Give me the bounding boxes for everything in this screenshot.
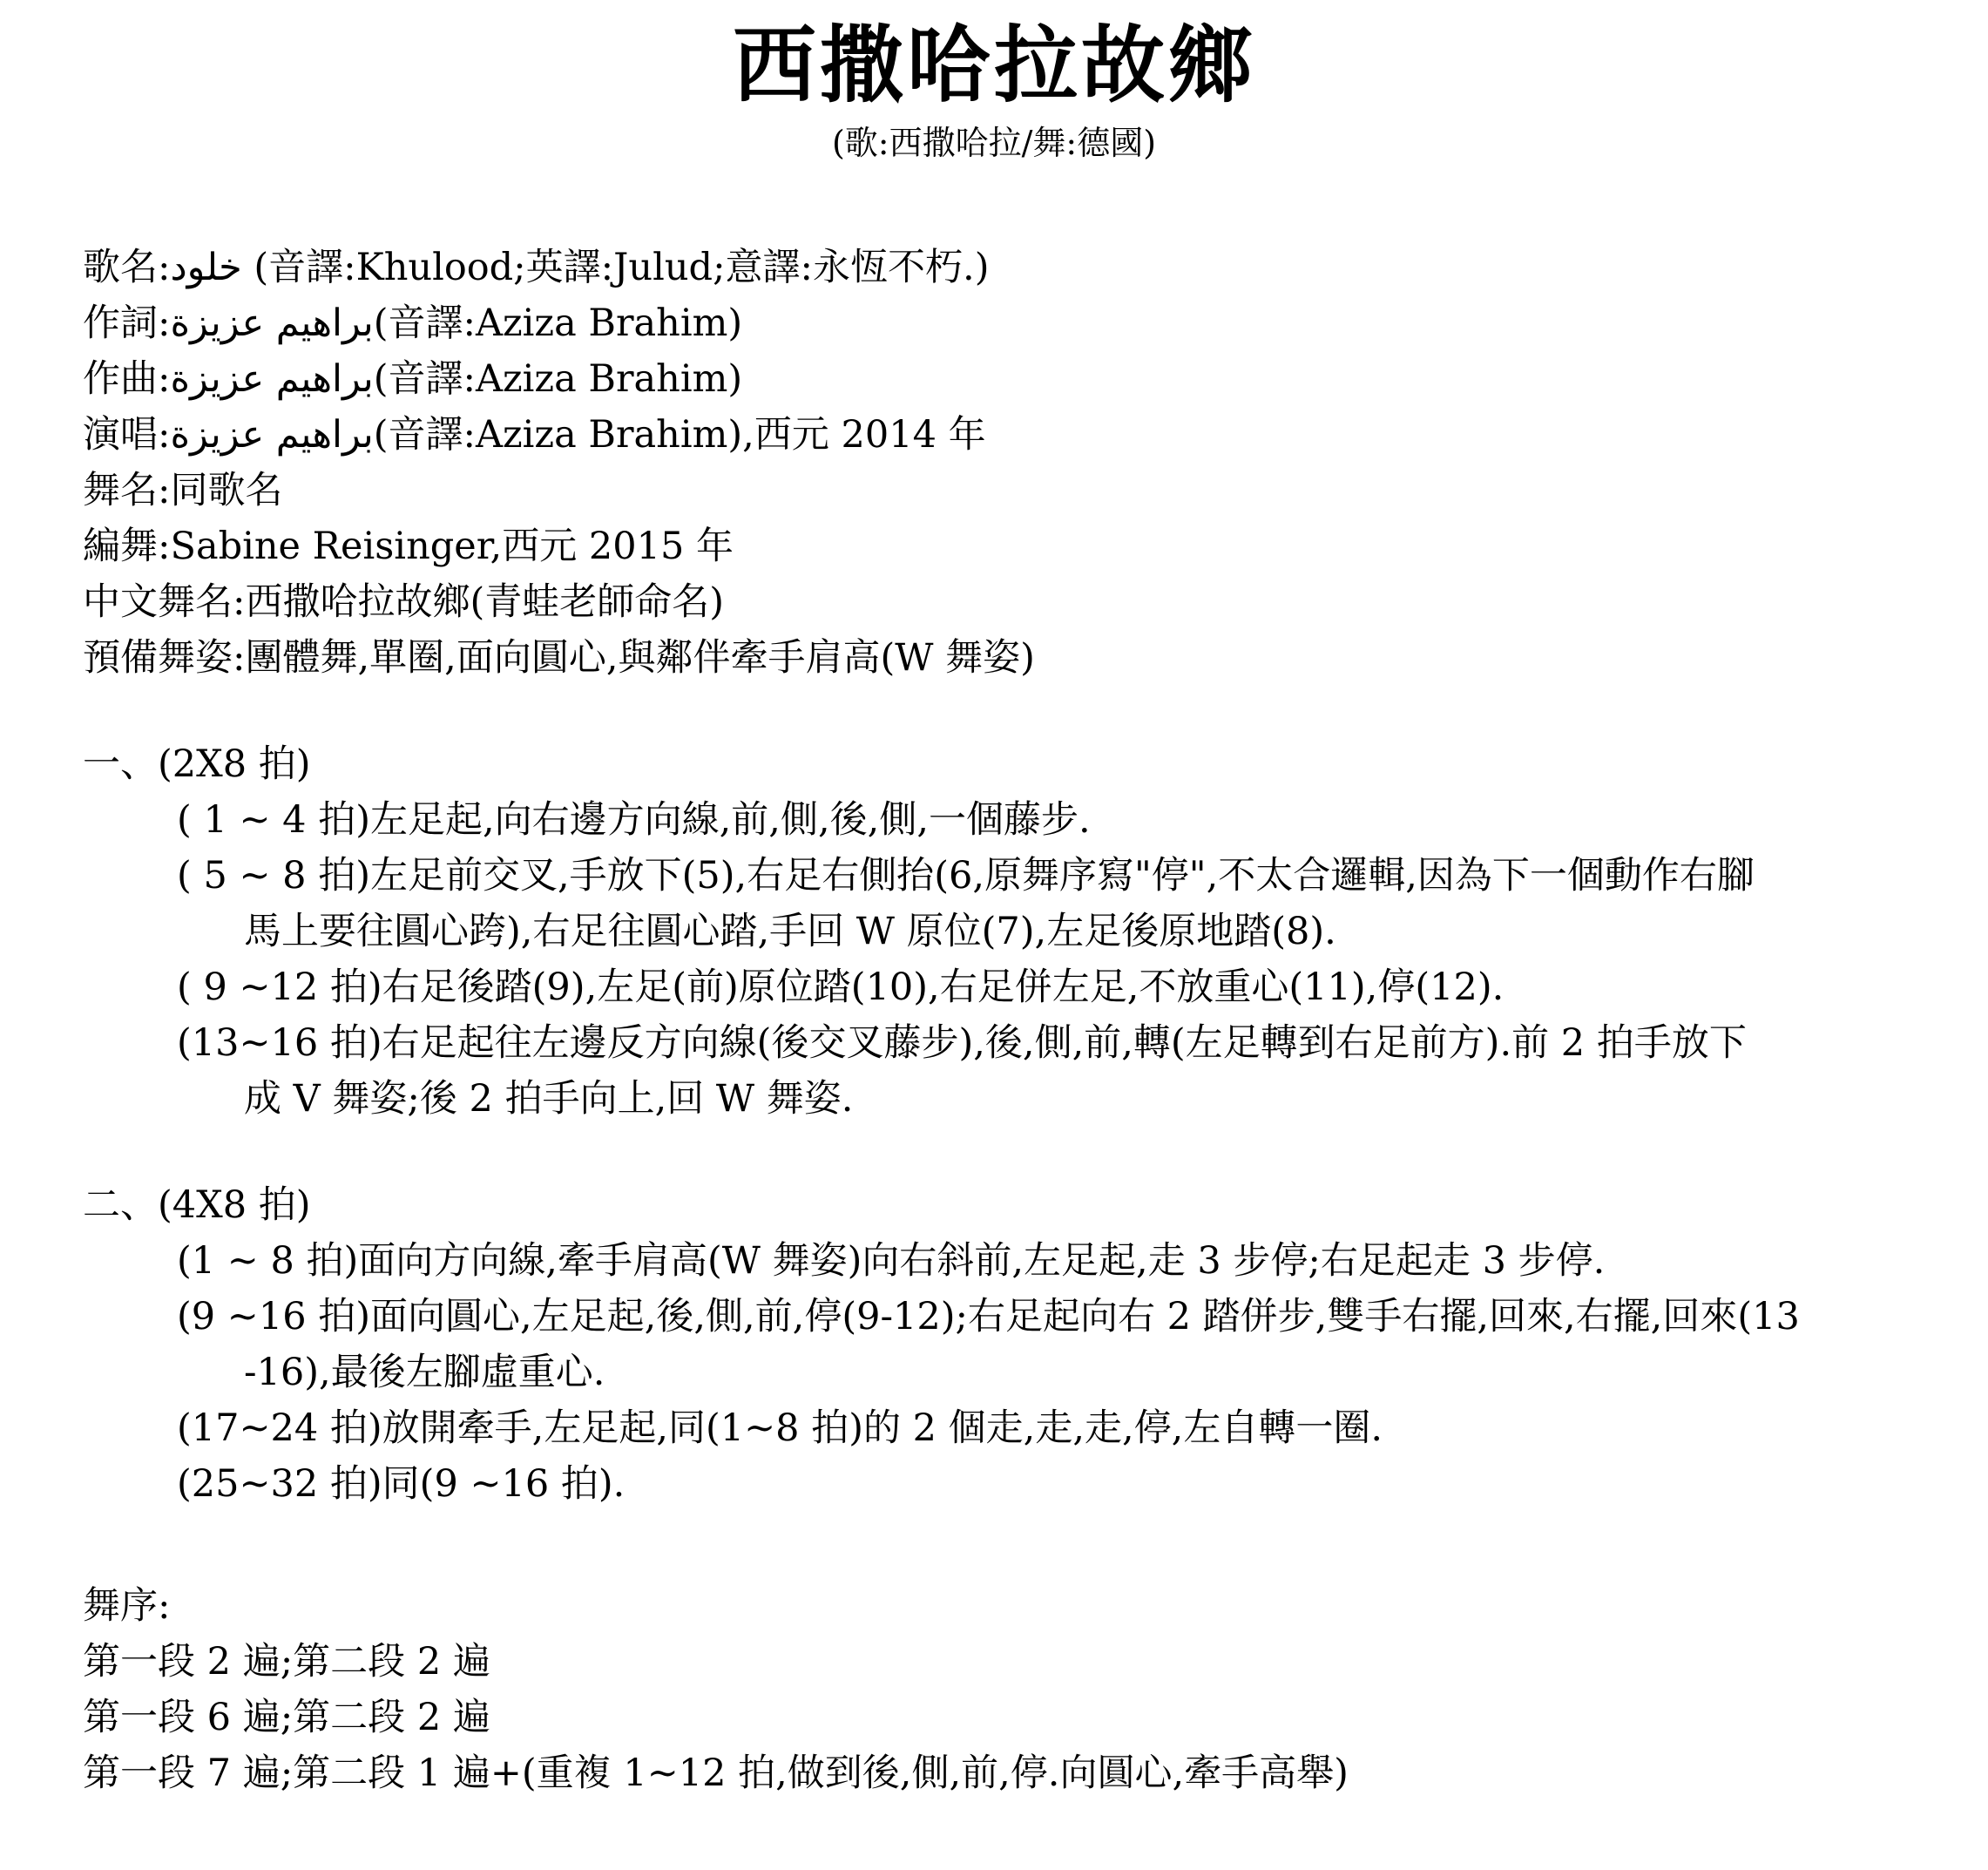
beats-17-24-line: (17~24 拍)放開牽手,左足起,同(1~8 拍)的 2 個走,走,走,停,左… [177,1400,1988,1456]
section-two-heading: 二、(4X8 拍) [83,1177,1988,1233]
dance-name-line: 舞名:同歌名 [83,463,1988,518]
beats-13-16-line: (13~16 拍)右足起往左邊反方向線(後交叉藤步),後,側,前,轉(左足轉到右… [177,1015,1988,1071]
beats-9-16-continuation-line: -16),最後左腳虛重心. [244,1345,1988,1400]
beats-13-16-continuation-line: 成 V 舞姿;後 2 拍手向上,回 W 舞姿. [244,1071,1988,1127]
sequence-heading: 舞序: [83,1578,1988,1634]
dance-sequence-block: 舞序: 第一段 2 遍;第二段 2 遍 第一段 6 遍;第二段 2 遍 第一段 … [83,1578,1988,1801]
beats-1-8-line: (1 ~ 8 拍)面向方向線,牽手肩高(W 舞姿)向右斜前,左足起,走 3 步停… [177,1233,1988,1289]
sequence-line-1: 第一段 2 遍;第二段 2 遍 [83,1634,1988,1690]
beats-25-32-line: (25~32 拍)同(9 ~16 拍). [177,1456,1988,1512]
subtitle: (歌:西撒哈拉/舞:德國) [0,122,1988,165]
song-name-line: 歌名:خلود (音譯:Khulood;英譯:Julud;意譯:永恆不朽.) [83,240,1988,295]
chinese-dance-name-line: 中文舞名:西撒哈拉故鄉(青蛙老師命名) [83,574,1988,630]
singer-line: 演唱:عزيزة ‎براهيم(音譯:Aziza Brahim),西元 201… [83,407,1988,463]
section-two: 二、(4X8 拍) (1 ~ 8 拍)面向方向線,牽手肩高(W 舞姿)向右斜前,… [83,1177,1988,1512]
beats-5-8-continuation-line: 馬上要往圓心跨),右足往圓心踏,手回 W 原位(7),左足後原地踏(8). [244,904,1988,959]
section-one-heading: 一、(2X8 拍) [83,736,1988,792]
document-page: 西撒哈拉故鄉 (歌:西撒哈拉/舞:德國) 歌名:خلود (音譯:Khulood… [0,0,1988,1870]
lyricist-line: 作詞:عزيزة ‎براهيم(音譯:Aziza Brahim) [83,295,1988,351]
beats-5-8-line: ( 5 ~ 8 拍)左足前交叉,手放下(5),右足右側抬(6,原舞序寫"停",不… [177,848,1988,904]
beats-9-12-line: ( 9 ~12 拍)右足後踏(9),左足(前)原位踏(10),右足併左足,不放重… [177,959,1988,1015]
sequence-line-2: 第一段 6 遍;第二段 2 遍 [83,1690,1988,1745]
beats-1-4-line: ( 1 ~ 4 拍)左足起,向右邊方向線,前,側,後,側,一個藤步. [177,792,1988,848]
composer-line: 作曲:عزيزة ‎براهيم(音譯:Aziza Brahim) [83,351,1988,407]
beats-9-16-line: (9 ~16 拍)面向圓心,左足起,後,側,前,停(9-12);右足起向右 2 … [177,1289,1988,1345]
song-info-block: 歌名:خلود (音譯:Khulood;英譯:Julud;意譯:永恆不朽.) 作… [83,240,1988,686]
section-one: 一、(2X8 拍) ( 1 ~ 4 拍)左足起,向右邊方向線,前,側,後,側,一… [83,736,1988,1127]
page-title: 西撒哈拉故鄉 [0,19,1988,112]
choreographer-line: 編舞:Sabine Reisinger,西元 2015 年 [83,518,1988,574]
starting-pose-line: 預備舞姿:團體舞,單圈,面向圓心,與鄰伴牽手肩高(W 舞姿) [83,630,1988,686]
sequence-line-3: 第一段 7 遍;第二段 1 遍+(重複 1~12 拍,做到後,側,前,停.向圓心… [83,1745,1988,1801]
